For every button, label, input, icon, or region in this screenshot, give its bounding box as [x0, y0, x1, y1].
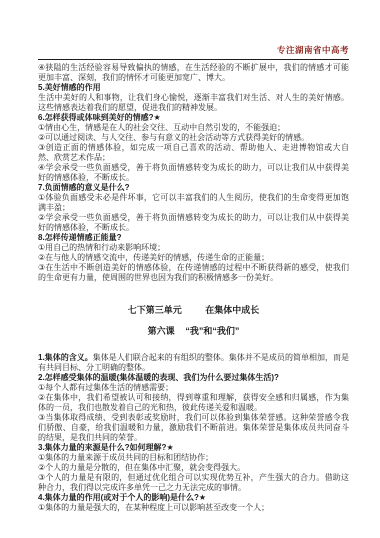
paragraph: ②学会承受一些负面感受，善于将负面情感转变为成长的助力，可以让我们从中获得美好的… [38, 213, 349, 233]
lesson-title: 第六课“我”和“我们” [38, 326, 349, 337]
unit-number: 七下第三单元 [128, 305, 182, 315]
section-heading: 8.怎样传递情感正能量? [38, 233, 349, 243]
paragraph: ④学会承受一些负面感受，善于将负面情感转变为成长的助力，可以让我们从中获得美好的… [38, 163, 349, 183]
paragraph: ①用自己的热情和行动来影响环境； [38, 243, 349, 253]
paragraph: ③当集体取得成绩、受到表彰或奖励时，我们可以体验到集体荣誉感。这种荣誉感令我们骄… [38, 413, 349, 443]
paragraph: ③个人的力量是有限的，但通过优化组合可以实现优势互补，产生强大的合力。借助这种合… [38, 473, 349, 493]
paragraph: ①体验负面感受未必是件坏事，它可以丰富我们的人生阅历，使我们的生命变得更加饱满丰… [38, 193, 349, 213]
lesson-number: 第六课 [148, 326, 175, 336]
paragraph: ③在生活中不断创造美好的情感体验，在传递情感的过程中不断获得新的感受，使我们的生… [38, 263, 349, 283]
paragraph: ①每个人都有过集体生活的情感需要； [38, 383, 349, 393]
section-heading: 7.负面情感的意义是什么? [38, 183, 349, 193]
paragraph: ①情由心生，情感是在人的社会交往、互动中自然引发的，不能强迫； [38, 123, 349, 133]
paragraph: ②个人的力量是分散的，但在集体中汇聚，就会变得强大。 [38, 463, 349, 473]
paragraph: ①集体的力量是强大的，在某种程度上可以影响甚至改变一个人； [38, 503, 349, 513]
document-body: ④狭隘的生活经验容易导致偏执的情感，在生活经验的不断扩展中，我们的情感才可能更加… [38, 63, 349, 513]
page-header: 专注湖南省中高考 [38, 40, 349, 60]
paragraph: ③创造正面的情感体验，如完成一项自己喜欢的活动、帮助他人、走进博物馆或大自然、欣… [38, 143, 349, 163]
paragraph: ②可以通过阅读、与人交往、参与有意义的社会活动等方式获得美好的情感。 [38, 133, 349, 143]
section-heading: 4.集体力量的作用(或对于个人的影响)是什么?★ [38, 493, 349, 503]
brand-label: 专注湖南省中高考 [277, 45, 349, 55]
paragraph: ①集体的力量来源于成员共同的目标和团结协作； [38, 453, 349, 463]
section-heading: 2.怎样感受集体的温暖(集体温暖的表现、我们为什么要过集体生活)? [38, 373, 349, 383]
section-heading: 5.美好情感的作用 [38, 83, 349, 93]
section-heading: 6.怎样获得或体味到美好的情感?★ [38, 113, 349, 123]
lesson-topic: “我”和“我们” [185, 326, 239, 336]
unit-topic: 在集体中成长 [205, 305, 259, 315]
paragraph: ④狭隘的生活经验容易导致偏执的情感，在生活经验的不断扩展中，我们的情感才可能更加… [38, 63, 349, 83]
lead-term: 1.集体的含义。 [38, 353, 93, 362]
paragraph: ②在与他人的情感交流中，传递美好的情感，传递生命的正能量； [38, 253, 349, 263]
paragraph: ②在集体中，我们希望被认可和接纳，得到尊重和理解，获得安全感和归属感，作为集体的… [38, 393, 349, 413]
unit-title: 七下第三单元在集体中成长 [38, 305, 349, 316]
lead-paragraph: 1.集体的含义。集体是人们联合起来的有组织的整体。集体并不是成员的简单相加，而是… [38, 353, 349, 373]
paragraph: 生活中美好的人和事物，让我们身心愉悦，逐渐丰富我们对生活、对人生的美好情感。这些… [38, 93, 349, 113]
document-page: 专注湖南省中高考 ④狭隘的生活经验容易导致偏执的情感，在生活经验的不断扩展中，我… [0, 0, 380, 538]
section-heading: 3.集体力量的来源是什么?如何理解?★ [38, 443, 349, 453]
